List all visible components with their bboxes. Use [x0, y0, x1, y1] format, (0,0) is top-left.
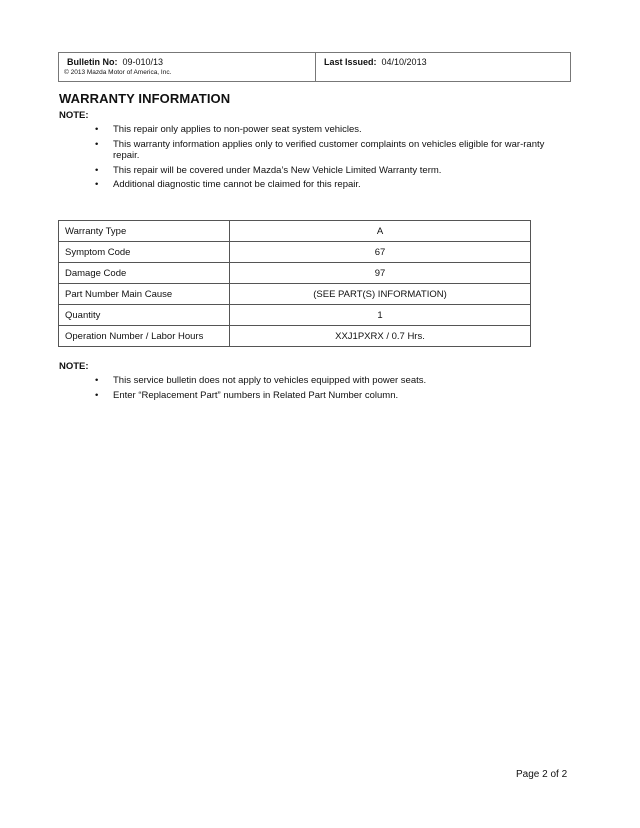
note-list: •This repair only applies to non-power s… [95, 124, 570, 194]
bullet-icon: • [95, 179, 98, 191]
table-row: Warranty TypeA [59, 221, 531, 242]
bullet-icon: • [95, 375, 98, 387]
copyright: © 2013 Mazda Motor of America, Inc. [64, 68, 315, 78]
row-value: 67 [230, 242, 531, 263]
list-item: •Additional diagnostic time cannot be cl… [95, 179, 570, 191]
row-value: (SEE PART(S) INFORMATION) [230, 284, 531, 305]
issued-date: 04/10/2013 [382, 57, 427, 67]
list-item: •This repair only applies to non-power s… [95, 124, 570, 136]
list-item: •This warranty information applies only … [95, 139, 570, 162]
bullet-icon: • [95, 390, 98, 402]
row-value: XXJ1PXRX / 0.7 Hrs. [230, 326, 531, 347]
bullet-icon: • [95, 124, 98, 136]
table-row: Quantity1 [59, 305, 531, 326]
row-key: Quantity [59, 305, 230, 326]
note-label-2: NOTE: [59, 361, 89, 372]
note-list-2: •This service bulletin does not apply to… [95, 375, 570, 404]
list-item-text: Enter “Replacement Part” numbers in Rela… [113, 390, 398, 401]
bullet-icon: • [95, 139, 98, 151]
bulletin-number: 09-010/13 [123, 57, 164, 67]
table-row: Symptom Code67 [59, 242, 531, 263]
row-key: Operation Number / Labor Hours [59, 326, 230, 347]
list-item: •This service bulletin does not apply to… [95, 375, 570, 387]
issued-label: Last Issued: [324, 57, 377, 67]
list-item-text: This warranty information applies only t… [113, 139, 544, 162]
page-number: Page 2 of 2 [516, 769, 567, 780]
section-title: WARRANTY INFORMATION [59, 91, 230, 106]
note-label: NOTE: [59, 110, 89, 121]
warranty-table: Warranty TypeASymptom Code67Damage Code9… [58, 220, 531, 347]
list-item-text: This repair will be covered under Mazda’… [113, 165, 441, 176]
row-value: A [230, 221, 531, 242]
bullet-icon: • [95, 165, 98, 177]
bulletin-header: Bulletin No: 09-010/13 © 2013 Mazda Moto… [58, 52, 571, 82]
issue-info: Last Issued: 04/10/2013 [316, 53, 570, 81]
list-item-text: Additional diagnostic time cannot be cla… [113, 179, 361, 190]
table-row: Operation Number / Labor HoursXXJ1PXRX /… [59, 326, 531, 347]
list-item: •This repair will be covered under Mazda… [95, 165, 570, 177]
list-item: •Enter “Replacement Part” numbers in Rel… [95, 390, 570, 402]
row-key: Part Number Main Cause [59, 284, 230, 305]
table-row: Part Number Main Cause(SEE PART(S) INFOR… [59, 284, 531, 305]
bulletin-info: Bulletin No: 09-010/13 © 2013 Mazda Moto… [59, 53, 316, 81]
row-value: 1 [230, 305, 531, 326]
row-key: Symptom Code [59, 242, 230, 263]
list-item-text: This service bulletin does not apply to … [113, 375, 426, 386]
row-key: Warranty Type [59, 221, 230, 242]
row-key: Damage Code [59, 263, 230, 284]
table-row: Damage Code97 [59, 263, 531, 284]
row-value: 97 [230, 263, 531, 284]
list-item-text: This repair only applies to non-power se… [113, 124, 362, 135]
bulletin-label: Bulletin No: [67, 57, 118, 67]
